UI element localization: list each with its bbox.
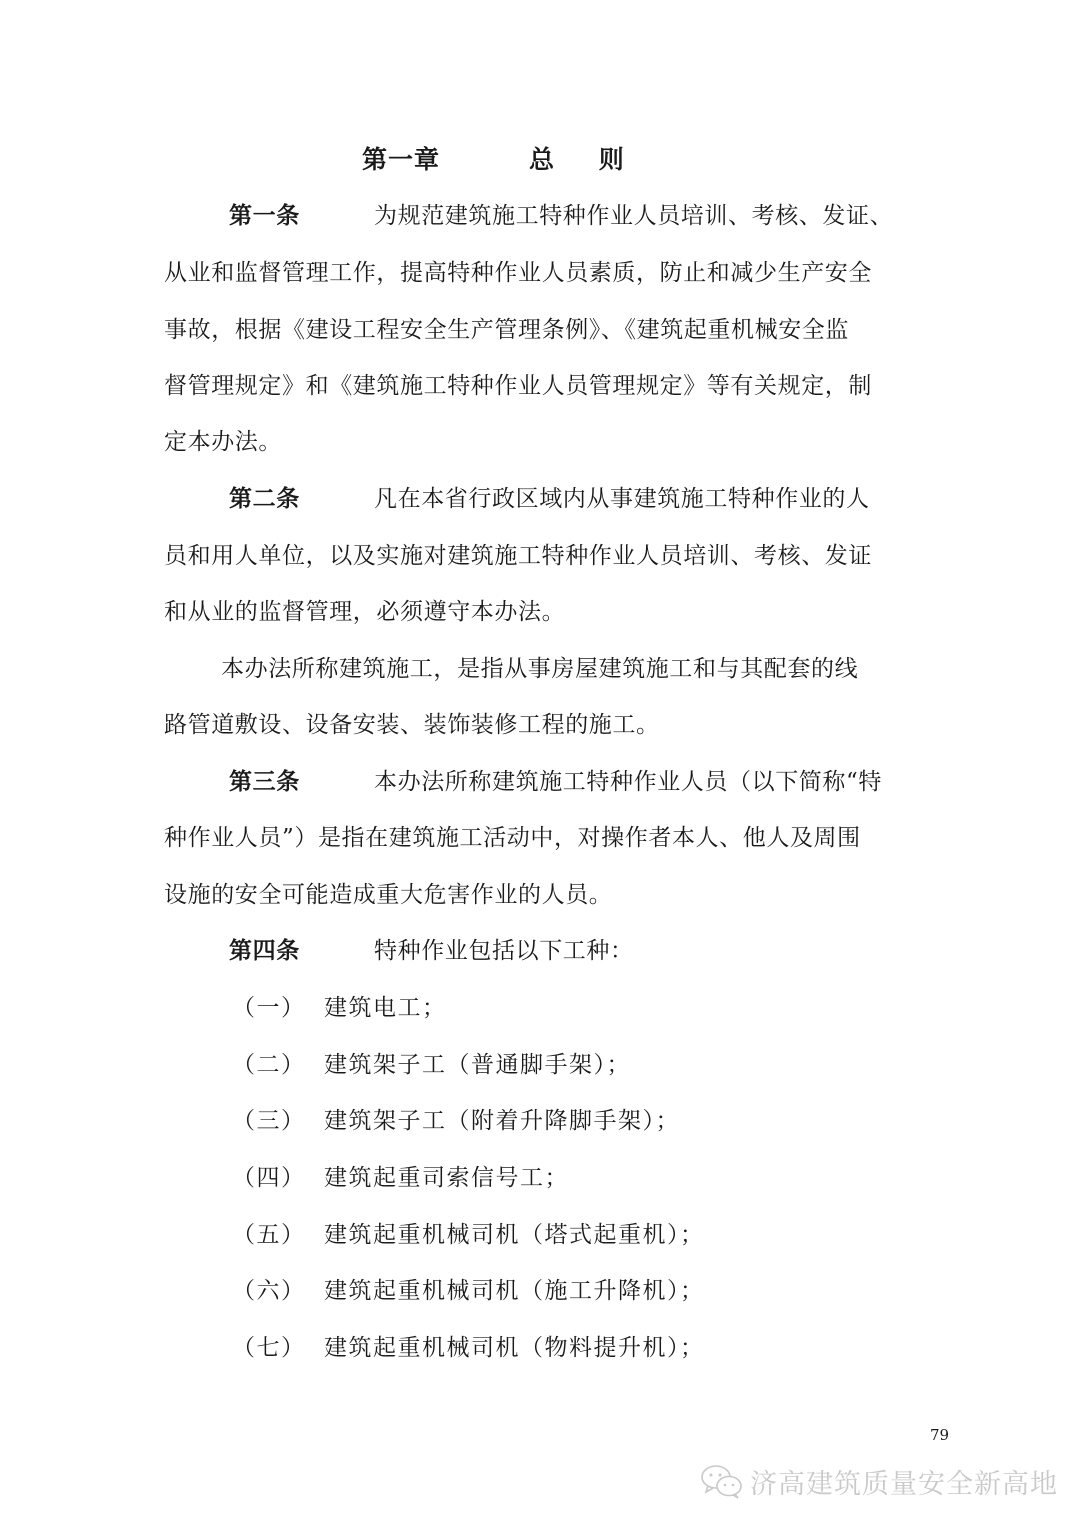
watermark: 济高建筑质量安全新高地	[700, 1462, 1058, 1501]
list-item: （五）建筑起重机械司机（塔式起重机）；	[232, 1220, 705, 1250]
list-item: （三）建筑架子工（附着升降脚手架）；	[232, 1106, 680, 1136]
article-label: 第二条	[229, 484, 374, 514]
paragraph-line: 种作业人员”）是指在建筑施工活动中，对操作者本人、他人及周围	[164, 823, 924, 853]
article-label: 第一条	[229, 201, 374, 231]
paragraph-line: 员和用人单位，以及实施对建筑施工特种作业人员培训、考核、发证	[164, 541, 924, 571]
paragraph-line: 和从业的监督管理，必须遵守本办法。	[164, 597, 924, 627]
paragraph-line: 事故，根据《建设工程安全生产管理条例》、《建筑起重机械安全监	[164, 315, 924, 345]
paragraph-line: 路管道敷设、设备安装、装饰装修工程的施工。	[164, 710, 924, 740]
paragraph-line: 设施的安全可能造成重大危害作业的人员。	[164, 880, 924, 910]
article-label: 第三条	[229, 767, 374, 797]
paragraph-line: 从业和监督管理工作，提高特种作业人员素质，防止和减少生产安全	[164, 258, 924, 288]
list-item: （六）建筑起重机械司机（施工升降机）；	[232, 1276, 705, 1306]
article-2-line-1: 第二条凡在本省行政区域内从事建筑施工特种作业的人	[164, 484, 924, 514]
watermark-text: 济高建筑质量安全新高地	[750, 1462, 1058, 1501]
document-page: 第一章 总 则 第一条为规范建筑施工特种作业人员培训、考核、发证、 从业和监督管…	[0, 0, 1080, 1527]
list-item: （七）建筑起重机械司机（物料提升机）；	[232, 1333, 705, 1363]
chapter-number: 第一章	[362, 140, 440, 176]
article-4-line-1: 第四条特种作业包括以下工种：	[164, 936, 924, 966]
paragraph-line: 定本办法。	[164, 427, 924, 457]
list-item: （二）建筑架子工（普通脚手架）；	[232, 1050, 631, 1080]
paragraph-line: 本办法所称建筑施工，是指从事房屋建筑施工和与其配套的线	[164, 654, 981, 684]
chapter-title: 总 则	[529, 140, 642, 176]
article-1-line-1: 第一条为规范建筑施工特种作业人员培训、考核、发证、	[164, 201, 924, 231]
wechat-icon	[700, 1464, 744, 1500]
paragraph-line: 督管理规定》和《建筑施工特种作业人员管理规定》等有关规定，制	[164, 371, 924, 401]
page-number: 79	[930, 1426, 949, 1444]
list-item: （四）建筑起重司索信号工；	[232, 1163, 569, 1193]
list-item: （一）建筑电工；	[232, 993, 447, 1023]
article-label: 第四条	[229, 936, 374, 966]
article-3-line-1: 第三条本办法所称建筑施工特种作业人员（以下简称“特	[164, 767, 924, 797]
